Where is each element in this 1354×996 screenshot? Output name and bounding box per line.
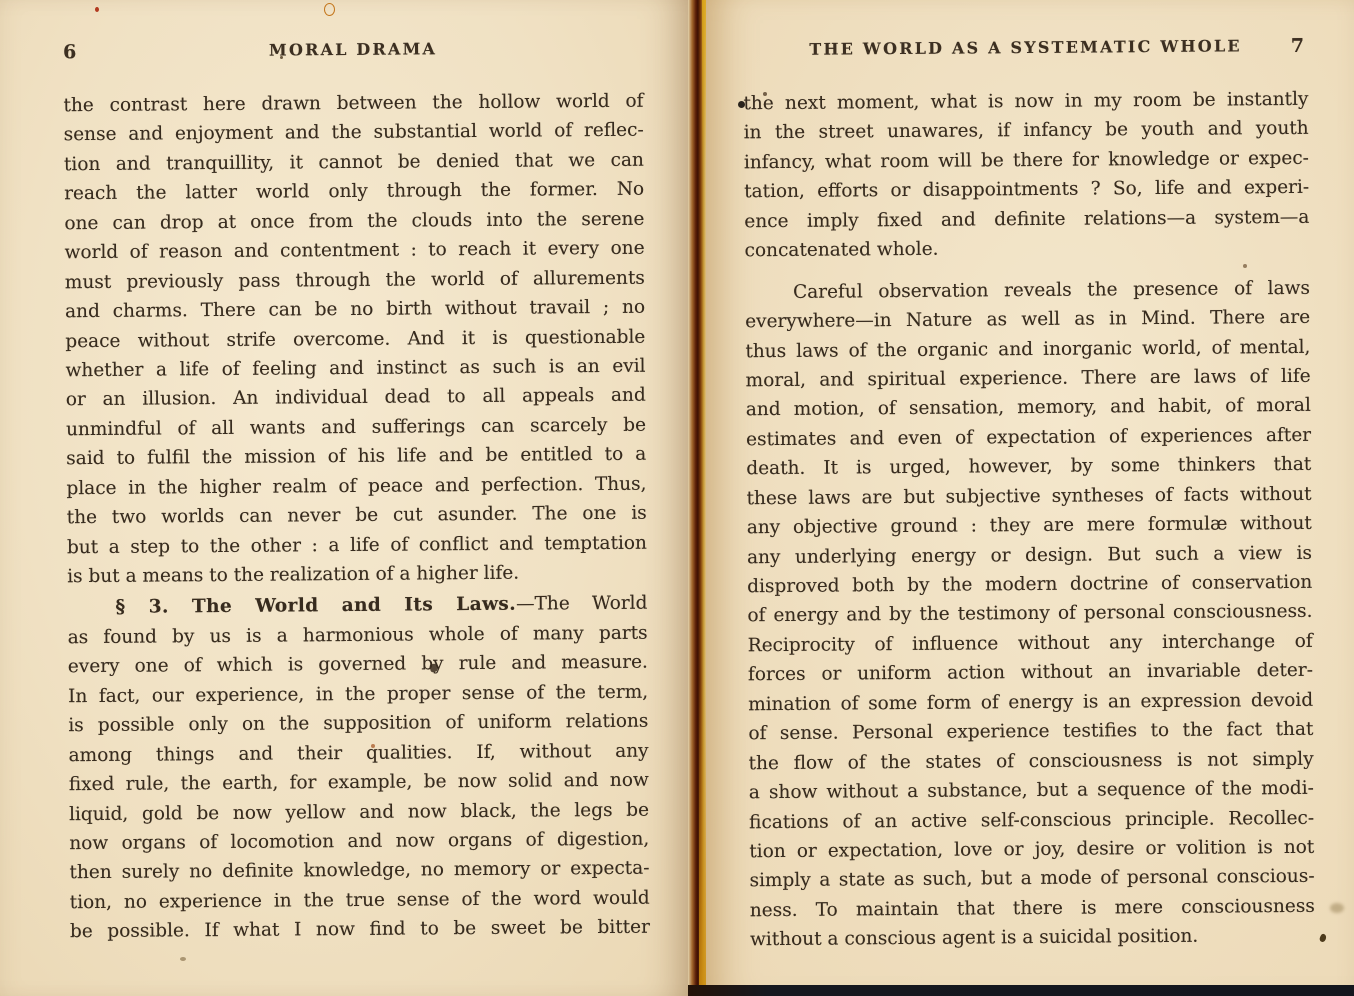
ink-speck	[763, 92, 767, 96]
scan-background-strip	[688, 985, 1354, 996]
paragraph: Careful observation reveals the presence…	[745, 273, 1315, 954]
text-line: tion, no experience in the true sense of…	[70, 883, 650, 917]
body-text: the contrast here drawn between the holl…	[63, 91, 643, 117]
body-text: now organs of locomotion and now organs …	[69, 829, 649, 855]
text-line: and charms. There can be no birth withou…	[65, 293, 645, 327]
text-line: fications of an active self-conscious pr…	[749, 803, 1314, 837]
body-text: world of reason and contentment : to rea…	[65, 238, 645, 264]
text-line: world of reason and contentment : to rea…	[65, 234, 645, 268]
right-page-body: the next moment, what is now in my room …	[743, 85, 1315, 955]
body-text: everywhere—in Nature as well as in Mind.…	[745, 307, 1310, 332]
paragraph: § 3. The World and Its Laws.—The Worldas…	[67, 589, 650, 947]
text-line: a show without a substance, but a sequen…	[749, 774, 1314, 808]
text-line: as found by us is a harmonious whole of …	[68, 619, 648, 653]
body-text: tion and tranquillity, it cannot be deni…	[64, 150, 644, 176]
text-line: be possible. If what I now find to be sw…	[70, 913, 650, 947]
body-text: fications of an active self-conscious pr…	[749, 807, 1314, 832]
text-line: death. It is urged, however, by some thi…	[746, 450, 1311, 484]
body-text: must previously pass through the world o…	[65, 267, 645, 293]
body-text: and motion, of sensation, memory, and ha…	[746, 395, 1311, 420]
body-text: mination of some form of energy is an ex…	[748, 690, 1313, 715]
text-line: tion or expectation, love or joy, desire…	[749, 833, 1314, 867]
text-line: said to fulfil the mission of his life a…	[66, 440, 646, 474]
body-text: disproved both by the modern doctrine of…	[747, 572, 1312, 597]
right-running-title: THE WORLD AS A SYSTEMATIC WHOLE	[809, 36, 1242, 58]
book-scan: 6 MORAL DRAMA the contrast here drawn be…	[0, 0, 1354, 996]
left-page-number: 6	[63, 40, 76, 64]
paper-smudge	[1330, 903, 1344, 913]
right-page-content: THE WORLD AS A SYSTEMATIC WHOLE 7 the ne…	[704, 0, 1354, 996]
text-line: liquid, gold be now yellow and now black…	[69, 795, 649, 829]
body-text: but a step to the other : a life of conf…	[67, 532, 647, 558]
text-line: whether a life of feeling and instinct a…	[65, 352, 645, 386]
body-text: one can drop at once from the clouds int…	[64, 208, 644, 234]
body-text: moral, and spiritual experience. There a…	[746, 366, 1311, 391]
text-line: now organs of locomotion and now organs …	[69, 825, 649, 859]
body-text: in the street unawares, if infancy be yo…	[744, 118, 1309, 143]
text-line: any objective ground : they are mere for…	[747, 509, 1312, 543]
text-line: In fact, our experience, in the proper s…	[68, 677, 648, 711]
ink-speck	[371, 744, 375, 748]
text-line: place in the higher realm of peace and p…	[66, 469, 646, 503]
ink-speck	[1243, 264, 1247, 268]
text-line: every one of which is governed by rule a…	[68, 648, 648, 682]
body-text: peace without strife overcome. And it is…	[65, 326, 645, 352]
ink-speck	[95, 7, 99, 12]
right-page: THE WORLD AS A SYSTEMATIC WHOLE 7 the ne…	[706, 0, 1354, 996]
ink-dot	[738, 101, 745, 108]
body-text: these laws are but subjective syntheses …	[746, 483, 1311, 508]
left-running-head: 6 MORAL DRAMA	[63, 36, 643, 65]
body-text: simply a state as such, but a mode of pe…	[749, 866, 1314, 891]
text-line: and motion, of sensation, memory, and ha…	[746, 391, 1311, 425]
body-text: —The World	[516, 593, 648, 615]
body-text: of energy and by the testimony of person…	[747, 601, 1312, 626]
text-line: or an illusion. An individual dead to al…	[66, 381, 646, 415]
body-text: infancy, what room will be there for kno…	[744, 148, 1309, 173]
body-text: said to fulfil the mission of his life a…	[66, 444, 646, 470]
text-line: these laws are but subjective syntheses …	[746, 479, 1311, 513]
body-text: is but a means to the realization of a h…	[67, 563, 519, 588]
text-line: infancy, what room will be there for kno…	[744, 144, 1309, 178]
body-text: the two worlds can never be cut asunder.…	[67, 503, 647, 529]
left-page-content: 6 MORAL DRAMA the contrast here drawn be…	[0, 0, 695, 996]
left-page-body: the contrast here drawn between the holl…	[63, 87, 650, 947]
paragraph: the next moment, what is now in my room …	[743, 85, 1309, 266]
text-line: mination of some form of energy is an ex…	[748, 686, 1313, 720]
body-text: sense and enjoyment and the substantial …	[64, 120, 644, 146]
text-line: the flow of the states of consciousness …	[749, 744, 1314, 778]
left-page: 6 MORAL DRAMA the contrast here drawn be…	[0, 0, 690, 996]
text-line: without a conscious agent is a suicidal …	[750, 921, 1315, 955]
text-line: in the street unawares, if infancy be yo…	[744, 114, 1309, 148]
body-text: liquid, gold be now yellow and now black…	[69, 799, 649, 825]
body-text: death. It is urged, however, by some thi…	[746, 454, 1311, 479]
text-line: unmindful of all wants and sufferings ca…	[66, 410, 646, 444]
text-line: the two worlds can never be cut asunder.…	[67, 499, 647, 533]
text-line: tion and tranquillity, it cannot be deni…	[64, 146, 644, 180]
body-text: unmindful of all wants and sufferings ca…	[66, 414, 646, 440]
body-text: Careful observation reveals the presence…	[793, 277, 1310, 302]
text-line: thus laws of the organic and inorganic w…	[745, 332, 1310, 366]
text-line: concatenated whole.	[745, 232, 1310, 266]
text-line: of sense. Personal experience testifies …	[748, 715, 1313, 749]
text-line: the next moment, what is now in my room …	[743, 85, 1308, 119]
body-text: tion or expectation, love or joy, desire…	[749, 837, 1314, 862]
body-text: or an illusion. An individual dead to al…	[66, 385, 646, 411]
text-line: is but a means to the realization of a h…	[67, 558, 647, 592]
body-text: of sense. Personal experience testifies …	[748, 719, 1313, 744]
text-line: reach the latter world only through the …	[64, 175, 644, 209]
body-text: In fact, our experience, in the proper s…	[68, 681, 648, 707]
text-line: fixed rule, the earth, for example, be n…	[69, 766, 649, 800]
body-text: any objective ground : they are mere for…	[747, 513, 1312, 538]
body-text: reach the latter world only through the …	[64, 179, 644, 205]
body-text: without a conscious agent is a suicidal …	[750, 926, 1198, 951]
body-text: place in the higher realm of peace and p…	[66, 473, 646, 499]
text-line: estimates and even of expectation of exp…	[746, 421, 1311, 455]
body-text: and charms. There can be no birth withou…	[65, 297, 645, 323]
text-line: § 3. The World and Its Laws.—The World	[67, 589, 647, 623]
text-line: sense and enjoyment and the substantial …	[64, 116, 644, 150]
body-text: fixed rule, the earth, for example, be n…	[69, 770, 649, 796]
text-line: any underlying energy or design. But suc…	[747, 538, 1312, 572]
body-text: ness. To maintain that there is mere con…	[750, 896, 1315, 921]
body-text: the flow of the states of consciousness …	[749, 748, 1314, 773]
paper-smudge	[180, 957, 186, 961]
body-text: whether a life of feeling and instinct a…	[65, 356, 645, 382]
body-text: tion, no experience in the true sense of…	[70, 887, 650, 913]
body-text: tation, efforts or disappointments ? So,…	[744, 177, 1309, 202]
text-line: tation, efforts or disappointments ? So,…	[744, 173, 1309, 207]
body-text: among things and their qualities. If, wi…	[68, 740, 648, 766]
paragraph: the contrast here drawn between the holl…	[63, 87, 647, 592]
text-line: must previously pass through the world o…	[65, 263, 645, 297]
text-line: disproved both by the modern doctrine of…	[747, 568, 1312, 602]
text-line: everywhere—in Nature as well as in Mind.…	[745, 303, 1310, 337]
body-text: is possible only on the supposition of u…	[68, 711, 648, 737]
stamp-ring-mark	[324, 3, 335, 16]
text-line: but a step to the other : a life of conf…	[67, 528, 647, 562]
right-running-head: THE WORLD AS A SYSTEMATIC WHOLE 7	[743, 34, 1308, 62]
text-line: then surely no definite knowledge, no me…	[69, 854, 649, 888]
ink-speck	[280, 56, 283, 59]
body-text: Reciprocity of influence without any int…	[748, 631, 1313, 656]
text-line: of energy and by the testimony of person…	[747, 597, 1312, 631]
section-heading-text: § 3. The World and Its Laws.	[115, 594, 516, 618]
text-line: simply a state as such, but a mode of pe…	[749, 862, 1314, 896]
right-page-number: 7	[1291, 34, 1304, 58]
text-line: is possible only on the supposition of u…	[68, 707, 648, 741]
text-line: forces or uniform action without an inva…	[748, 656, 1313, 690]
text-line: Reciprocity of influence without any int…	[748, 627, 1313, 661]
body-text: then surely no definite knowledge, no me…	[69, 858, 649, 884]
text-line: Careful observation reveals the presence…	[745, 273, 1310, 307]
body-text: as found by us is a harmonious whole of …	[68, 623, 648, 649]
text-line: ness. To maintain that there is mere con…	[750, 892, 1315, 926]
body-text: estimates and even of expectation of exp…	[746, 425, 1311, 450]
text-line: the contrast here drawn between the holl…	[63, 87, 643, 121]
body-text: the next moment, what is now in my room …	[743, 89, 1308, 114]
body-text: a show without a substance, but a sequen…	[749, 778, 1314, 803]
body-text: be possible. If what I now find to be sw…	[70, 917, 650, 943]
body-text: forces or uniform action without an inva…	[748, 660, 1313, 685]
text-line: moral, and spiritual experience. There a…	[746, 362, 1311, 396]
text-line: peace without strife overcome. And it is…	[65, 322, 645, 356]
body-text: every one of which is governed by rule a…	[68, 652, 648, 678]
text-line: ence imply fixed and definite relations—…	[744, 203, 1309, 237]
body-text: thus laws of the organic and inorganic w…	[745, 336, 1310, 361]
body-text: concatenated whole.	[745, 239, 939, 262]
left-running-title: MORAL DRAMA	[269, 39, 437, 59]
body-text: any underlying energy or design. But suc…	[747, 542, 1312, 567]
body-text: ence imply fixed and definite relations—…	[744, 207, 1309, 232]
text-line: among things and their qualities. If, wi…	[68, 736, 648, 770]
text-line: one can drop at once from the clouds int…	[64, 204, 644, 238]
